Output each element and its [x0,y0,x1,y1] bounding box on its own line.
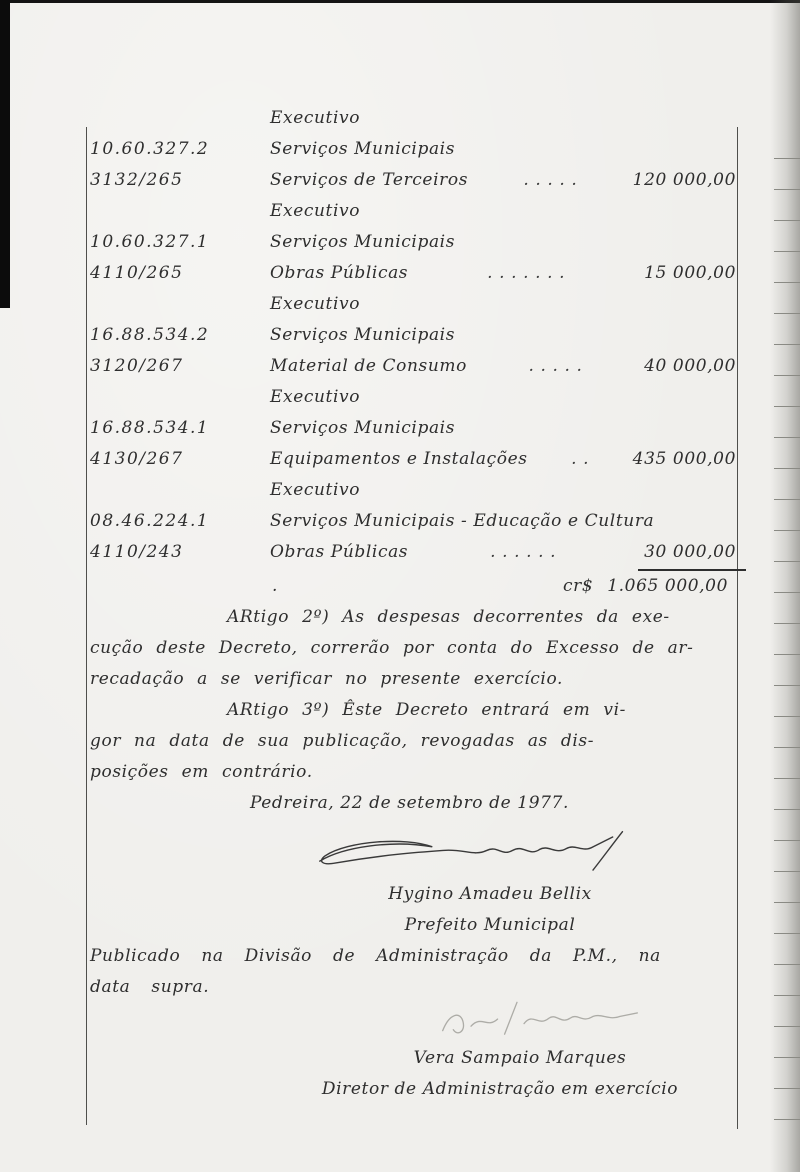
section-label: Executivo [270,382,736,413]
article-3-line: ARtigo 3º) Êste Decreto entrará em vi- [227,695,736,726]
right-margin-rule [737,127,738,1129]
ledger-entry: Executivo 16.88.534.1 Serviços Municipai… [90,382,736,475]
publication-line: Publicado na Divisão de Administração da… [90,941,736,972]
binding-tick-marks [774,128,800,1132]
item-code: 3132/265 [90,165,270,196]
ledger-entry: Executivo 16.88.534.2 Serviços Municipai… [90,289,736,382]
program-name: Serviços Municipais [270,227,736,258]
program-row: 16.88.534.2 Serviços Municipais [90,320,736,351]
program-code: 10.60.327.2 [90,134,270,165]
mayor-name: Hygino Amadeu Bellix [330,879,650,910]
ledger-entry: Executivo 10.60.327.1 Serviços Municipai… [90,196,736,289]
program-code: 16.88.534.2 [90,320,270,351]
item-row: 4110/265 Obras Públicas . . . . . . . 15… [90,258,736,289]
dot-leader: . . . . . . [408,537,638,571]
signature-scrawl [288,829,648,879]
publication-note: Publicado na Divisão de Administração da… [90,941,736,1003]
program-row: 16.88.534.1 Serviços Municipais [90,413,736,444]
program-name: Serviços Municipais [270,320,736,351]
item-row: 4110/243 Obras Públicas . . . . . . 30 0… [90,537,736,571]
item-code: 4130/267 [90,444,270,475]
dot-leader: . . [528,444,633,475]
program-name: Serviços Municipais [270,413,736,444]
mayor-identity: Hygino Amadeu Bellix Prefeito Municipal [330,879,650,941]
scan-left-edge-artifact [0,0,10,308]
mayor-title: Prefeito Municipal [330,910,650,941]
item-name: Material de Consumo [270,351,467,382]
section-label: Executivo [270,196,736,227]
signature-scrawl [420,997,660,1043]
item-amount: 40 000,00 [644,351,736,382]
program-row: 10.60.327.1 Serviços Municipais [90,227,736,258]
dot-leader: . . . . . [468,165,633,196]
article-2-line: ARtigo 2º) As despesas decorrentes da ex… [227,602,736,633]
scanned-document-page: Executivo 10.60.327.2 Serviços Municipai… [0,0,800,1172]
program-name: Serviços Municipais [270,134,736,165]
total-row: . cr$ 1.065 000,00 [90,571,736,602]
article-3-line: gor na data de sua publicação, revogadas… [90,726,736,757]
leading-dot: . [272,571,278,602]
program-name: Serviços Municipais - Educação e Cultura [270,506,736,537]
dateline: Pedreira, 22 de setembro de 1977. [250,788,736,819]
item-name: Obras Públicas [270,537,408,571]
item-amount: 15 000,00 [644,258,736,289]
ledger-entry: Executivo 10.60.327.2 Serviços Municipai… [90,103,736,196]
document-content: Executivo 10.60.327.2 Serviços Municipai… [90,103,736,1105]
ledger-entry: Executivo 08.46.224.1 Serviços Municipai… [90,475,736,571]
item-amount: 435 000,00 [633,444,736,475]
scan-top-edge-artifact [0,0,800,3]
section-label: Executivo [270,103,736,134]
director-title: Diretor de Administração em exercício [270,1074,730,1105]
dot-leader: . . . . . [467,351,644,382]
section-label: Executivo [270,289,736,320]
item-name: Serviços de Terceiros [270,165,468,196]
currency-symbol: cr$ [563,571,607,602]
article-2: ARtigo 2º) As despesas decorrentes da ex… [90,602,736,695]
item-code: 4110/265 [90,258,270,289]
program-code: 10.60.327.1 [90,227,270,258]
director-signature [420,997,736,1043]
director-identity: Vera Sampaio Marques Diretor de Administ… [350,1043,690,1105]
article-2-line: recadação a se verificar no presente exe… [90,664,736,695]
item-name: Equipamentos e Instalações [270,444,528,475]
program-row: 08.46.224.1 Serviços Municipais - Educaç… [90,506,736,537]
article-2-line: cução deste Decreto, correrão por conta … [90,633,736,664]
item-row: 3120/267 Material de Consumo . . . . . 4… [90,351,736,382]
article-3-line: posições em contrário. [90,757,736,788]
article-3: ARtigo 3º) Êste Decreto entrará em vi- g… [90,695,736,788]
total-amount: 1.065 000,00 [607,571,736,602]
item-name: Obras Públicas [270,258,408,289]
item-row: 4130/267 Equipamentos e Instalações . . … [90,444,736,475]
dot-leader: . . . . . . . [408,258,644,289]
mayor-signature [288,829,736,879]
item-amount: 30 000,00 [638,537,746,571]
item-amount: 120 000,00 [633,165,736,196]
left-margin-rule [86,127,87,1125]
item-code: 4110/243 [90,537,270,571]
item-code: 3120/267 [90,351,270,382]
director-name: Vera Sampaio Marques [350,1043,690,1074]
section-label: Executivo [270,475,736,506]
program-code: 08.46.224.1 [90,506,270,537]
program-code: 16.88.534.1 [90,413,270,444]
item-row: 3132/265 Serviços de Terceiros . . . . .… [90,165,736,196]
program-row: 10.60.327.2 Serviços Municipais [90,134,736,165]
